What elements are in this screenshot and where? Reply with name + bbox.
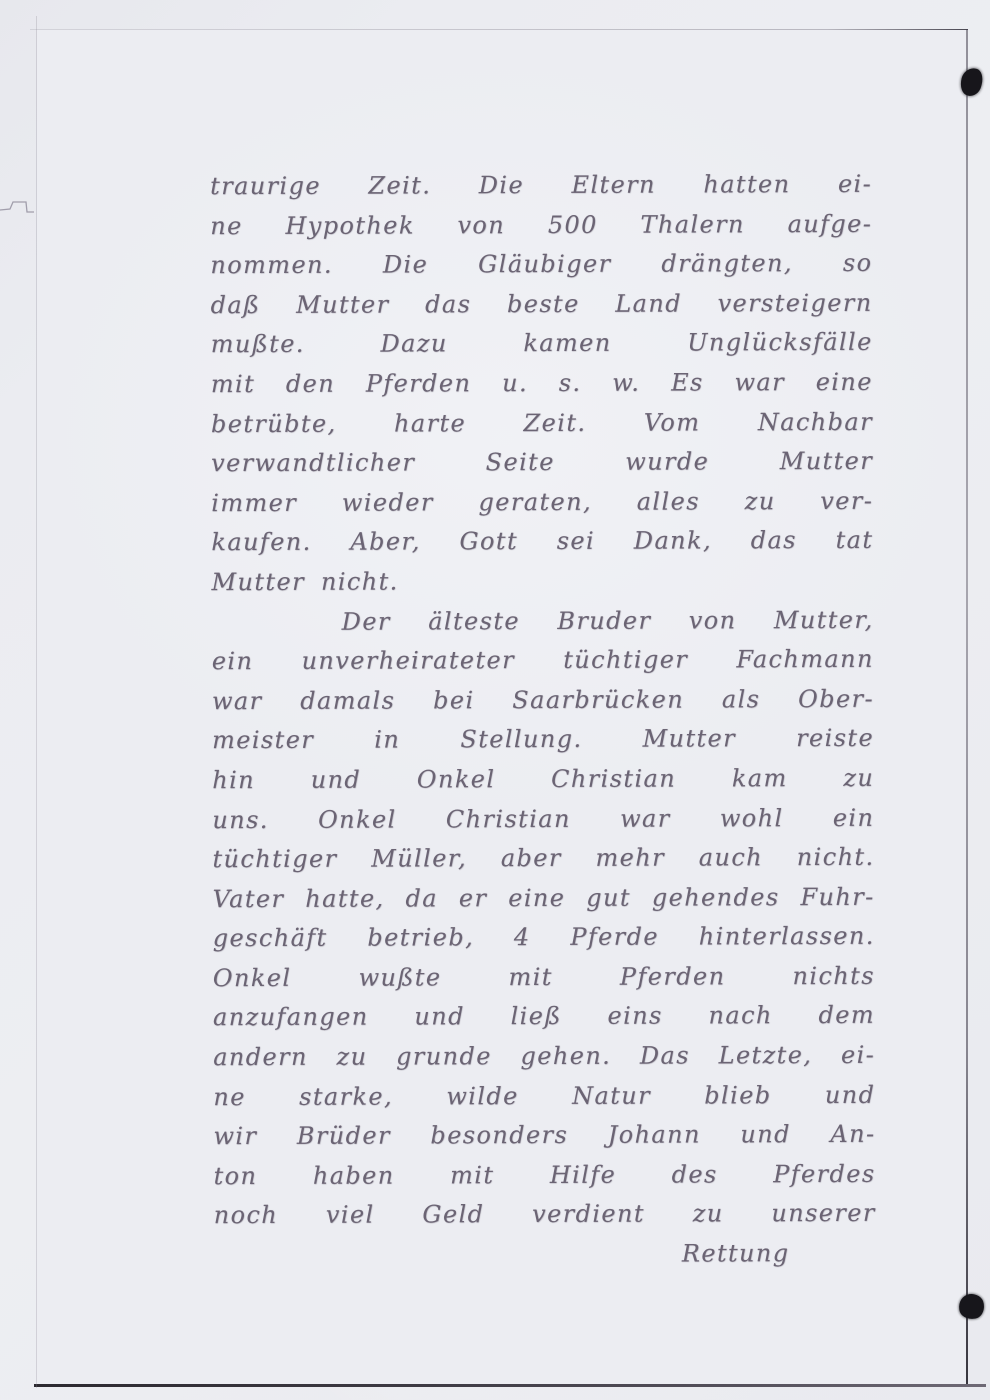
handwritten-line: ein unverheirateter tüchtiger Fachmann [212, 640, 874, 682]
right-edge-scan-line [966, 29, 968, 1387]
top-edge-scan-line [30, 29, 968, 30]
handwritten-line: nommen. Die Gläubiger drängten, so [210, 244, 872, 286]
handwriting-block: traurige Zeit. Die Eltern hatten ei-ne H… [210, 165, 876, 1276]
handwritten-line: Der älteste Bruder von Mutter, [212, 600, 874, 642]
handwritten-line: ton haben mit Hilfe des Pferdes [214, 1155, 876, 1197]
handwritten-line: traurige Zeit. Die Eltern hatten ei- [210, 165, 872, 207]
stray-pen-squiggle [0, 194, 46, 228]
handwritten-line: andern zu grunde gehen. Das Letzte, ei- [213, 1036, 875, 1078]
handwritten-line: meister in Stellung. Mutter reiste [212, 719, 874, 761]
handwritten-line: daß Mutter das beste Land versteigern [210, 284, 872, 326]
handwritten-line: Onkel wußte mit Pferden nichts [213, 957, 875, 999]
handwritten-line: geschäft betrieb, 4 Pferde hinterlassen. [213, 917, 875, 959]
handwritten-line: wir Brüder besonders Johann und An- [213, 1115, 875, 1157]
handwritten-line: betrübte, harte Zeit. Vom Nachbar [211, 402, 873, 444]
handwritten-line: anzufangen und ließ eins nach dem [213, 996, 875, 1038]
handwritten-line: hin und Onkel Christian kam zu [212, 759, 874, 801]
handwritten-line: Mutter nicht. [211, 561, 873, 603]
handwritten-line: mit den Pferden u. s. w. Es war eine [211, 363, 873, 405]
scanned-page: traurige Zeit. Die Eltern hatten ei-ne H… [0, 0, 990, 1400]
handwritten-line: war damals bei Saarbrücken als Ober- [212, 680, 874, 722]
handwritten-line: immer wieder geraten, alles zu ver- [211, 482, 873, 524]
handwritten-line: mußte. Dazu kamen Unglücksfälle [211, 323, 873, 365]
handwritten-line: tüchtiger Müller, aber mehr auch nicht. [212, 838, 874, 880]
handwritten-line: ne Hypothek von 500 Thalern aufge- [210, 204, 872, 246]
handwritten-line: Rettung [214, 1234, 876, 1276]
handwritten-line: ne starke, wilde Natur blieb und [213, 1075, 875, 1117]
handwritten-line: Vater hatte, da er eine gut gehendes Fuh… [213, 878, 875, 920]
handwritten-line: kaufen. Aber, Gott sei Dank, das tat [211, 521, 873, 563]
handwritten-line: verwandtlicher Seite wurde Mutter [211, 442, 873, 484]
bottom-edge-scan-line [34, 1384, 986, 1387]
handwritten-line: noch viel Geld verdient zu unserer [214, 1194, 876, 1236]
handwritten-line: uns. Onkel Christian war wohl ein [212, 798, 874, 840]
